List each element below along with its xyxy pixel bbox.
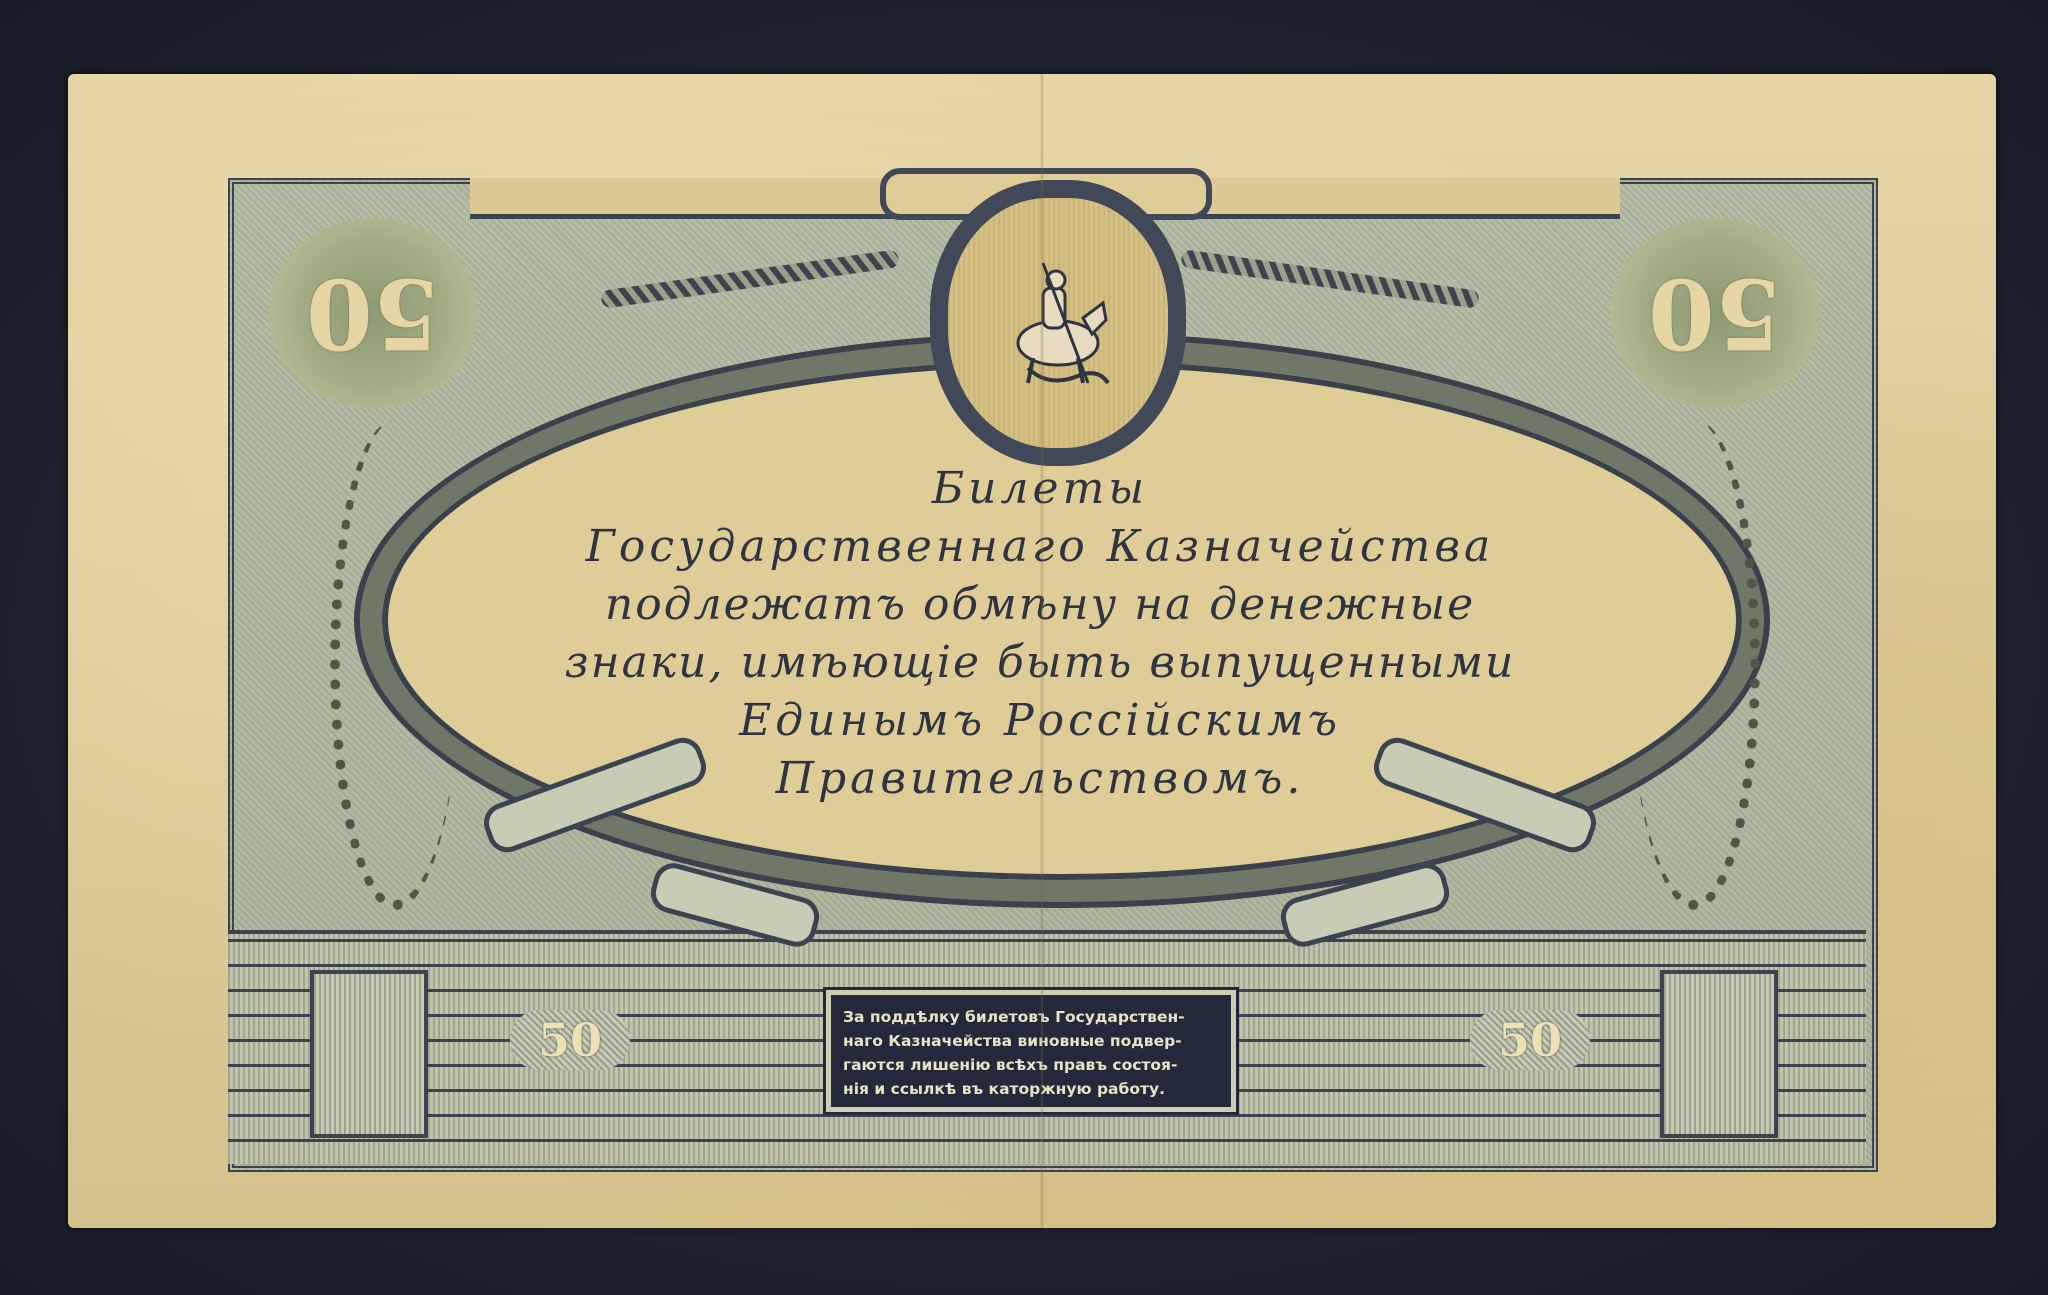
pillar-left bbox=[310, 970, 428, 1138]
denomination-left: 50 bbox=[306, 257, 440, 370]
counterfeit-warning-box: За поддѣлку билетовъ Государствен- наго … bbox=[826, 990, 1236, 1112]
denomination-right: 50 bbox=[1648, 257, 1782, 370]
denomination-base-left: 50 bbox=[510, 1010, 630, 1070]
denomination-base-right: 50 bbox=[1470, 1010, 1590, 1070]
denomination-base-left-value: 50 bbox=[538, 1013, 602, 1067]
coat-of-arms-emblem bbox=[930, 180, 1186, 466]
laurel-wreath-left-icon bbox=[330, 420, 460, 910]
warning-line-4: нія и ссылкѣ въ каторжную работу. bbox=[843, 1077, 1219, 1101]
warning-line-1: За поддѣлку билетовъ Государствен- bbox=[843, 1005, 1219, 1029]
saint-george-icon bbox=[988, 248, 1128, 398]
pillar-right bbox=[1660, 970, 1778, 1138]
denomination-base-right-value: 50 bbox=[1498, 1013, 1562, 1067]
denomination-medallion-right: 50 bbox=[1610, 218, 1820, 408]
paper-fold-crease bbox=[1040, 74, 1044, 1228]
warning-line-3: гаются лишенію всѣхъ правъ состоя- bbox=[843, 1053, 1219, 1077]
warning-line-2: наго Казначейства виновные подвер- bbox=[843, 1029, 1219, 1053]
laurel-wreath-right-icon bbox=[1630, 420, 1760, 910]
denomination-medallion-left: 50 bbox=[268, 218, 478, 408]
